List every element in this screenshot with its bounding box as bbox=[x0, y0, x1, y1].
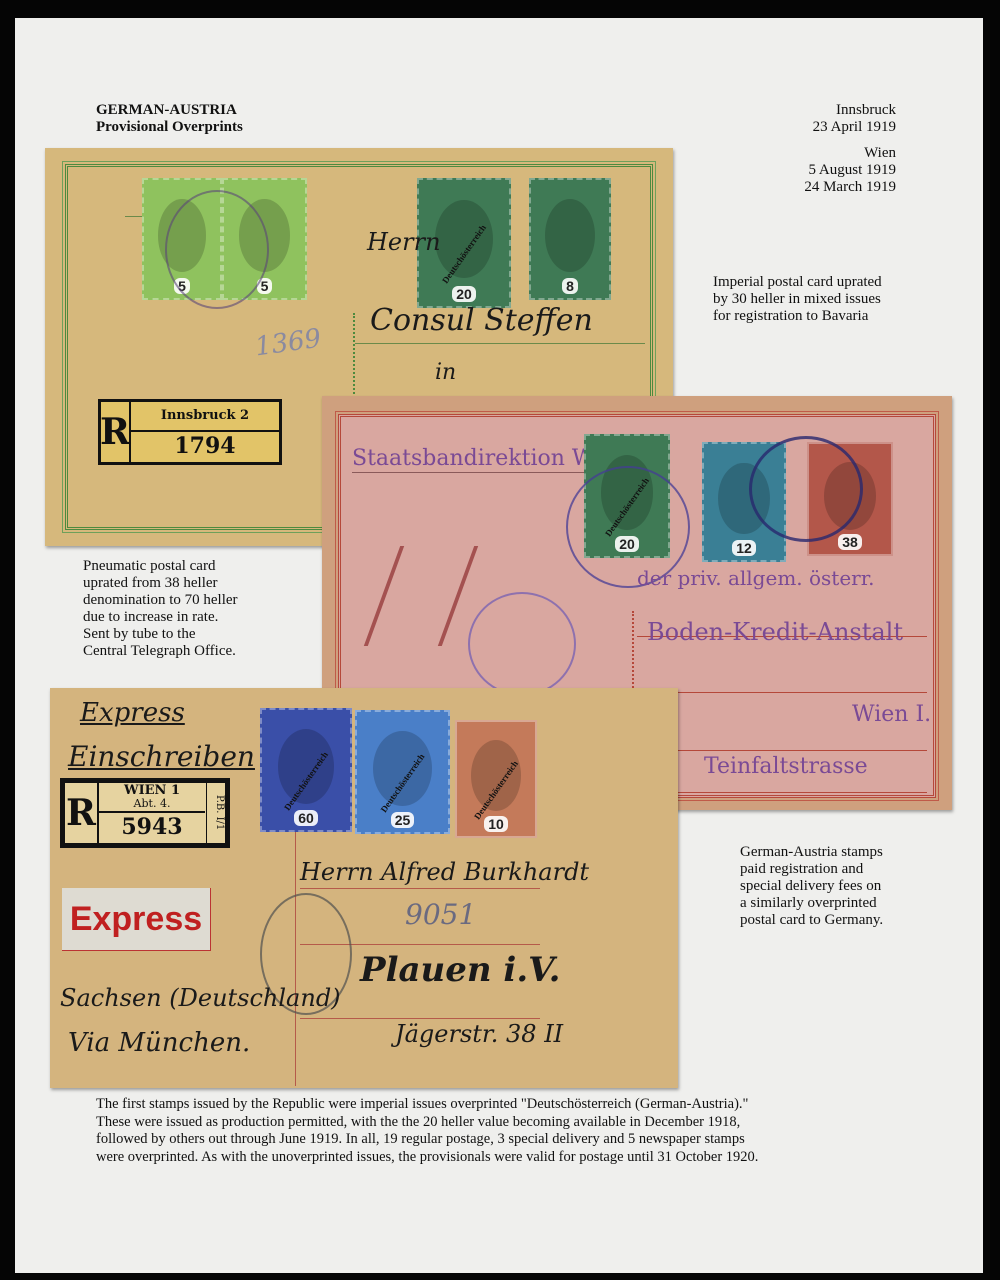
telegraph-office-postmark bbox=[468, 592, 576, 696]
date-wien-1: 5 August 1919 bbox=[700, 162, 896, 179]
address-line-4: Teinfaltstrasse bbox=[704, 754, 868, 779]
description-line: were overprinted. As with the unoverprin… bbox=[96, 1149, 900, 1167]
registration-side-code: P.B. I/1 bbox=[206, 783, 225, 843]
dates-block: Innsbruck 23 April 1919 Wien 5 August 19… bbox=[700, 102, 896, 196]
caption-line: uprated from 38 heller bbox=[83, 575, 275, 592]
postmark-innsbruck bbox=[165, 190, 269, 309]
description-line: The first stamps issued by the Republic … bbox=[96, 1096, 900, 1114]
caption-line: Imperial postal card uprated bbox=[713, 274, 913, 291]
pencil-number: 9051 bbox=[405, 898, 476, 931]
description-line: followed by others out through June 1919… bbox=[96, 1131, 900, 1149]
caption-line: postal card to Germany. bbox=[740, 912, 914, 929]
place-innsbruck: Innsbruck bbox=[700, 102, 896, 119]
description-paragraph: The first stamps issued by the Republic … bbox=[96, 1096, 900, 1166]
date-wien-2: 24 March 1919 bbox=[700, 179, 896, 196]
note-einschreiben: Einschreiben bbox=[68, 740, 255, 773]
caption-line: paid registration and bbox=[740, 861, 914, 878]
caption-card1: Imperial postal card uprated by 30 helle… bbox=[713, 274, 913, 325]
registration-office: WIEN 1 Abt. 4. bbox=[99, 783, 205, 813]
caption-line: for registration to Bavaria bbox=[713, 308, 913, 325]
stamp-25-heller-overprint: Deutschösterreich25 bbox=[355, 710, 450, 834]
routing-line-2: Via München. bbox=[68, 1028, 250, 1058]
imprinted-stamp-10-heller-overprint: Deutschösterreich10 bbox=[455, 720, 537, 838]
stamp-8-heller: 8 bbox=[529, 178, 611, 300]
caption-card2: Pneumatic postal card uprated from 38 he… bbox=[83, 558, 275, 660]
address-line-2: Boden-Kredit-Anstalt bbox=[647, 618, 903, 646]
caption-line: due to increase in rate. bbox=[83, 609, 275, 626]
title-line-2: Provisional Overprints bbox=[96, 119, 243, 136]
address-herrn: Herrn bbox=[367, 228, 441, 256]
caption-line: German-Austria stamps bbox=[740, 844, 914, 861]
address-line-1: der priv. allgem. österr. bbox=[637, 566, 874, 590]
routing-line-1: Sachsen (Deutschland) bbox=[60, 984, 341, 1012]
caption-card3: German-Austria stamps paid registration … bbox=[740, 844, 914, 929]
caption-line: special delivery fees on bbox=[740, 878, 914, 895]
place-wien: Wien bbox=[700, 145, 896, 162]
caption-line: denomination to 70 heller bbox=[83, 592, 275, 609]
date-innsbruck: 23 April 1919 bbox=[700, 119, 896, 136]
address-line-1: Herrn Alfred Burkhardt bbox=[300, 858, 589, 886]
caption-line: a similarly overprinted bbox=[740, 895, 914, 912]
address-in: in bbox=[435, 360, 456, 385]
caption-line: Sent by tube to the bbox=[83, 626, 275, 643]
caption-line: by 30 heller in mixed issues bbox=[713, 291, 913, 308]
registration-letter: R bbox=[65, 783, 99, 843]
description-line: These were issued as production permitte… bbox=[96, 1114, 900, 1132]
title-line-1: GERMAN-AUSTRIA bbox=[96, 102, 243, 119]
registration-label-innsbruck: R Innsbruck 2 1794 bbox=[98, 399, 282, 465]
caption-line: Pneumatic postal card bbox=[83, 558, 275, 575]
address-consul: Consul Steffen bbox=[370, 303, 593, 338]
address-line-3: Wien I. bbox=[852, 702, 931, 727]
postmark-wien-2 bbox=[749, 436, 863, 542]
address-line-2: Plauen i.V. bbox=[360, 950, 560, 990]
caption-line: Central Telegraph Office. bbox=[83, 643, 275, 660]
express-label-text: Express bbox=[70, 900, 202, 939]
registration-number: 1794 bbox=[131, 431, 279, 462]
postal-card-express-registered: Express Einschreiben Deutschösterreich60… bbox=[50, 688, 678, 1088]
registration-office: Innsbruck 2 bbox=[131, 402, 279, 432]
registration-label-wien: R WIEN 1 Abt. 4. 5943 P.B. I/1 bbox=[60, 778, 230, 848]
express-label: Express bbox=[62, 888, 211, 951]
note-express: Express bbox=[80, 698, 185, 728]
stamp-60-heller-overprint: Deutschösterreich60 bbox=[260, 708, 352, 832]
address-line-3: Jägerstr. 38 II bbox=[395, 1020, 563, 1048]
registration-number: 5943 bbox=[99, 812, 205, 843]
registration-letter: R bbox=[101, 402, 131, 462]
page-title: GERMAN-AUSTRIA Provisional Overprints bbox=[96, 102, 243, 136]
